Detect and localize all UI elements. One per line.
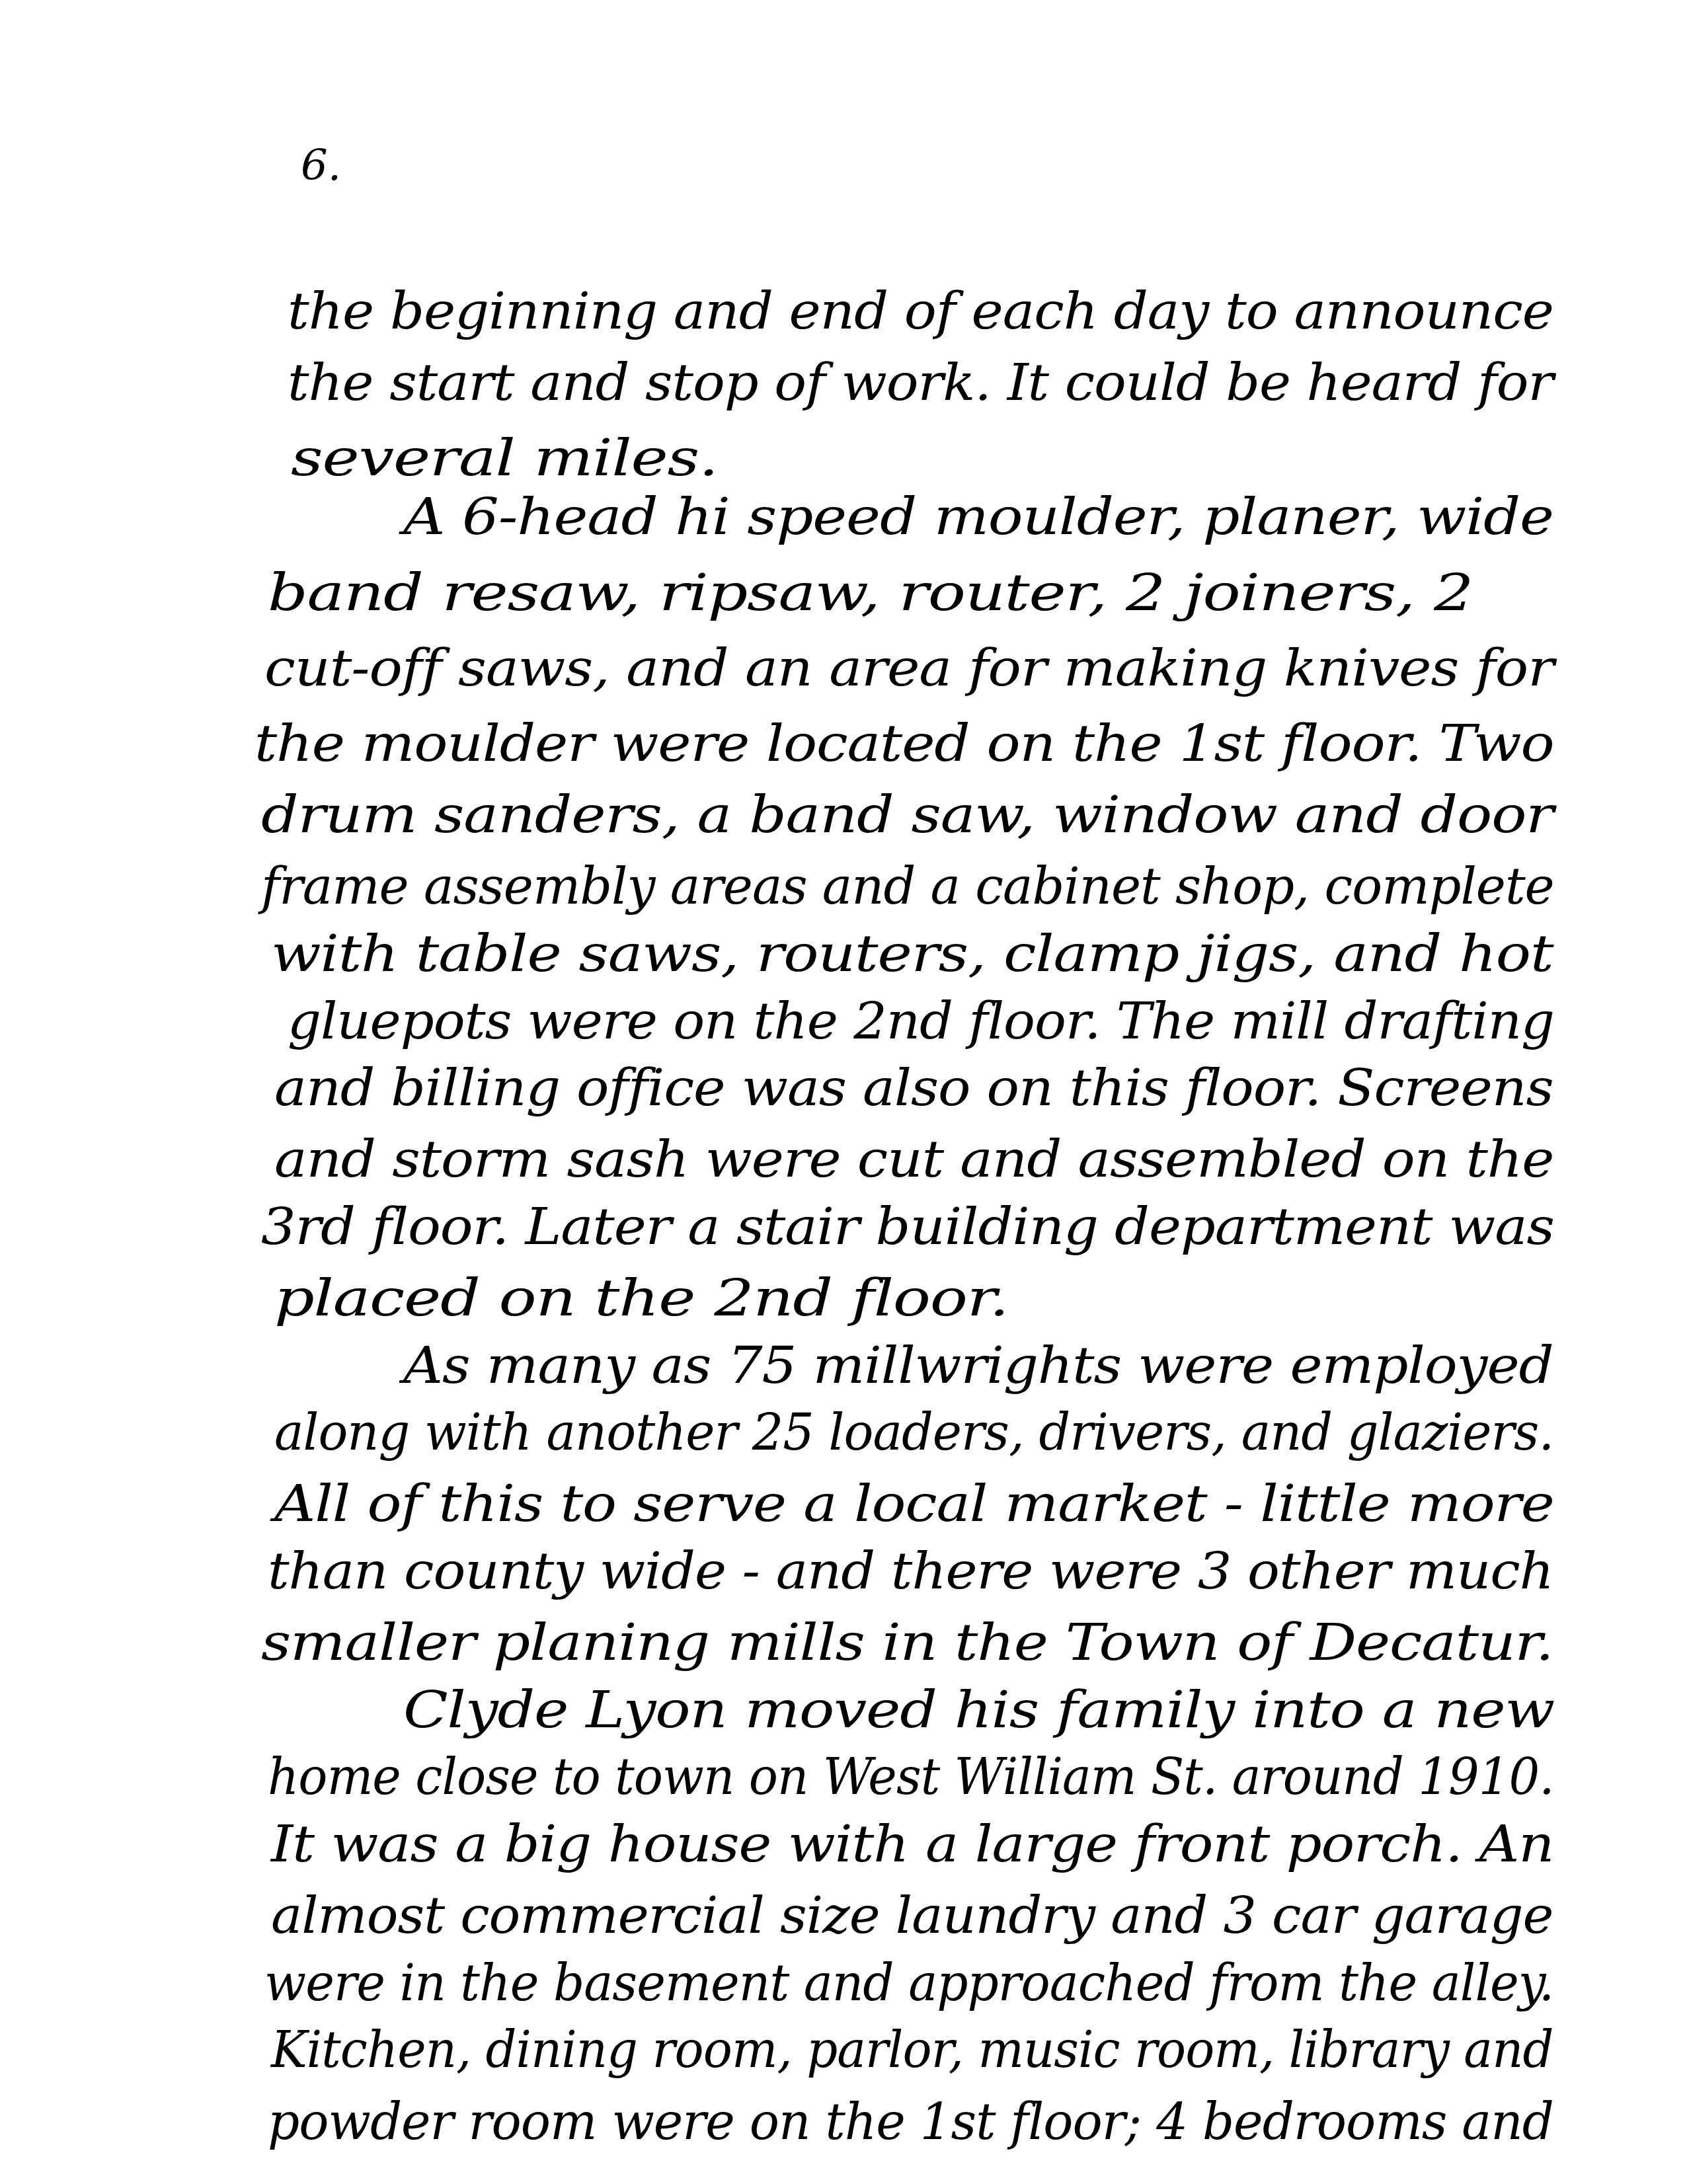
text-line: were in the basement and approached from…	[264, 1958, 1553, 2008]
text-line: Clyde Lyon moved his family into a new	[403, 1685, 1554, 1735]
text-line: band resaw, ripsaw, router, 2 joiners, 2	[268, 568, 1473, 618]
text-line: the start and stop of work. It could be …	[288, 358, 1553, 408]
text-line: than county wide - and there were 3 othe…	[268, 1546, 1553, 1596]
text-line: gluepots were on the 2nd floor. The mill…	[288, 996, 1554, 1046]
page-number: 6.	[301, 141, 341, 190]
text-line: the beginning and end of each day to ann…	[288, 286, 1553, 336]
text-line: All of this to serve a local market - li…	[274, 1479, 1554, 1529]
text-line: A 6-head hi speed moulder, planer, wide	[403, 492, 1553, 542]
text-line: Kitchen, dining room, parlor, music room…	[271, 2025, 1553, 2075]
text-line: cut-off saws, and an area for making kni…	[264, 643, 1553, 693]
text-line: 3rd floor. Later a stair building depart…	[261, 1202, 1554, 1252]
text-line: several miles.	[291, 433, 718, 483]
text-line: frame assembly areas and a cabinet shop,…	[261, 861, 1554, 912]
text-line: smaller planing mills in the Town of Dec…	[261, 1618, 1553, 1668]
text-line: with table saws, routers, clamp jigs, an…	[271, 929, 1553, 979]
text-line: the moulder were located on the 1st floo…	[255, 719, 1554, 769]
text-line: powder room were on the 1st floor; 4 bed…	[268, 2097, 1553, 2147]
text-line: and billing office was also on this floo…	[274, 1063, 1553, 1113]
text-line: along with another 25 loaders, drivers, …	[274, 1407, 1553, 1458]
handwritten-page: 6. the beginning and end of each day to …	[0, 0, 1687, 2184]
text-line: As many as 75 millwrights were employed	[403, 1341, 1553, 1391]
text-line: and storm sash were cut and assembled on…	[274, 1134, 1553, 1185]
text-line: drum sanders, a band saw, window and doo…	[261, 790, 1553, 840]
text-line: It was a big house with a large front po…	[271, 1819, 1553, 1869]
text-line: home close to town on West William St. a…	[268, 1752, 1554, 1802]
text-line: almost commercial size laundry and 3 car…	[271, 1891, 1553, 1941]
text-line: placed on the 2nd floor.	[274, 1273, 1008, 1323]
